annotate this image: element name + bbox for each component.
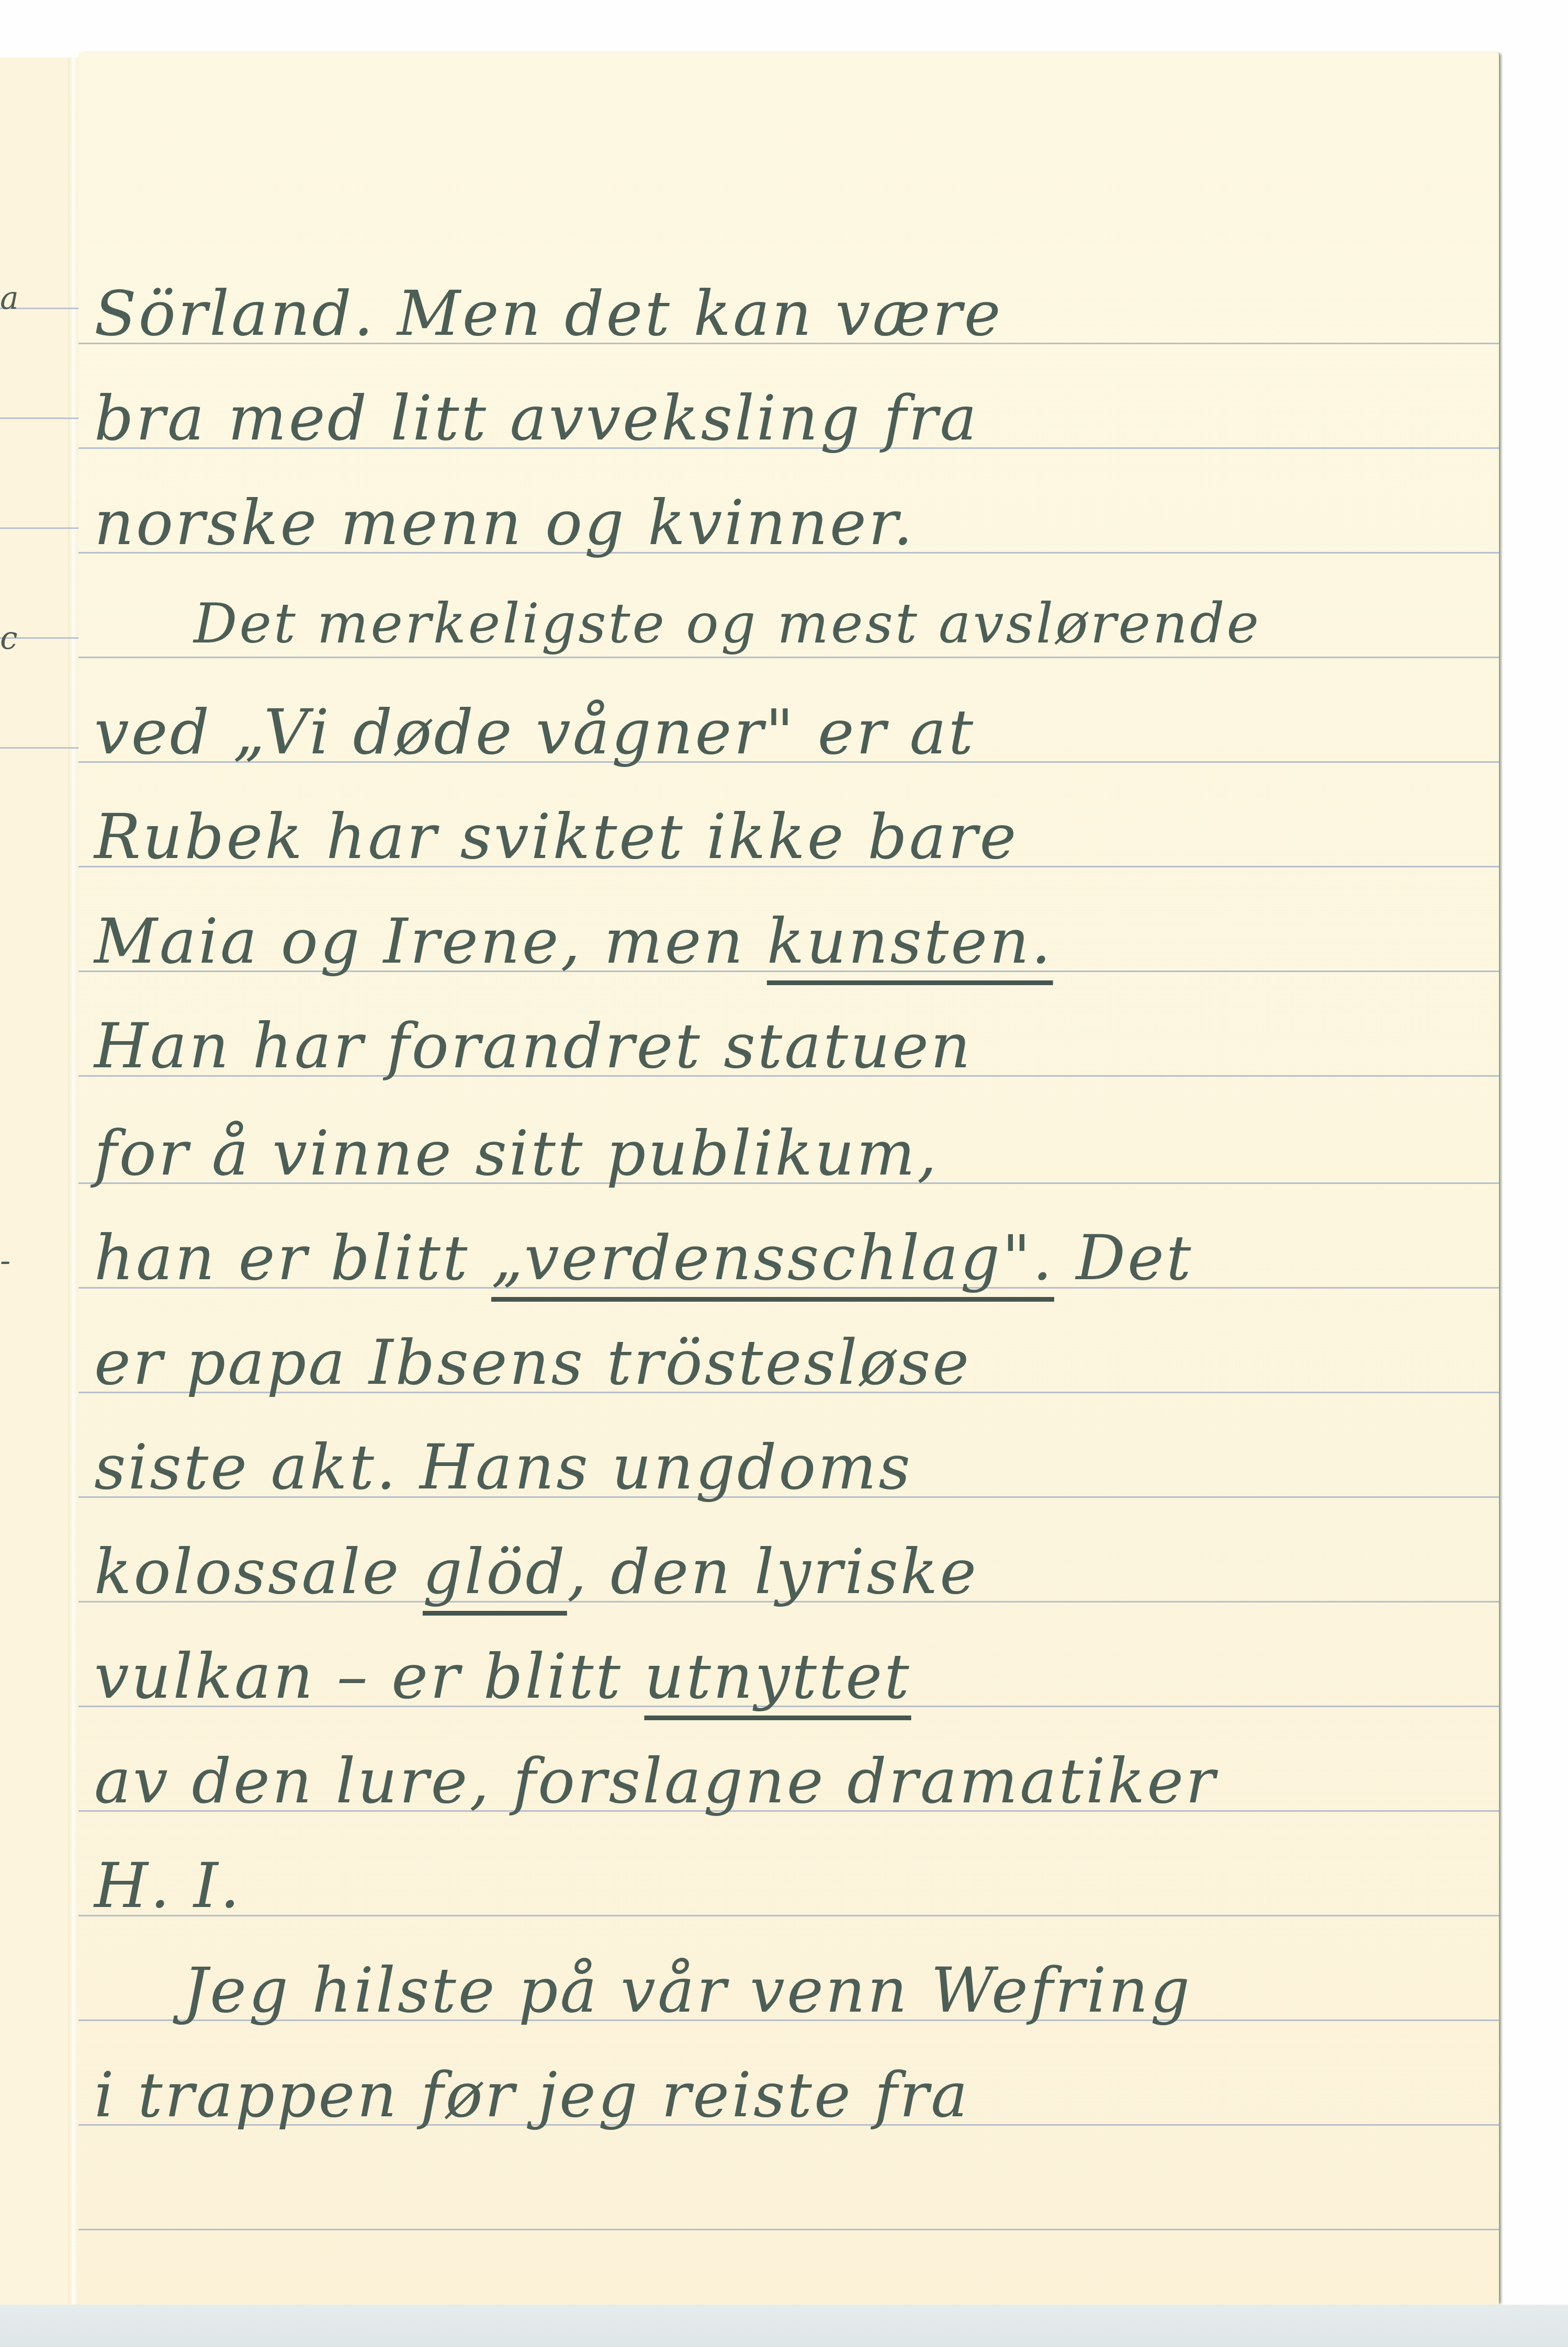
facing-page-fragment: c xyxy=(0,623,18,654)
facing-page-rule xyxy=(0,747,78,749)
facing-page-fragment: - xyxy=(0,1245,10,1277)
text-line: Sörland. Men det kan være xyxy=(94,283,1003,344)
text-line: i trappen før jeg reiste fra xyxy=(94,2064,970,2126)
ruled-line xyxy=(78,2229,1499,2230)
facing-page-fragment: a xyxy=(0,283,19,314)
text-line: ved „Vi døde vågner" er at xyxy=(94,701,975,763)
text-line: av den lure, forslagne dramatiker xyxy=(94,1750,1217,1812)
ruled-line xyxy=(78,1915,1499,1916)
text-line: kolossale glöd, den lyriske xyxy=(94,1541,978,1603)
text-line: siste akt. Hans ungdoms xyxy=(94,1436,912,1498)
text-line: er papa Ibsens tröstesløse xyxy=(94,1332,971,1393)
text-line: vulkan – er blitt utnyttet xyxy=(94,1645,911,1707)
underlined-word: „verdensschlag". xyxy=(491,1222,1054,1294)
text-line: norske menn og kvinner. xyxy=(94,492,915,554)
text-line: han er blitt „verdensschlag". Det xyxy=(94,1227,1193,1289)
text-line: Det merkeligste og mest avslørende xyxy=(194,596,1261,651)
underlined-word: glöd xyxy=(423,1536,567,1608)
underlined-word: utnyttet xyxy=(644,1640,911,1712)
underlined-word: kunsten. xyxy=(767,905,1053,977)
page-fold xyxy=(68,58,80,2307)
text-line: for å vinne sitt publikum, xyxy=(94,1122,939,1184)
facing-page-edge xyxy=(0,58,78,2307)
letter-page: Sörland. Men det kan være bra med litt a… xyxy=(78,52,1499,2305)
facing-page-rule xyxy=(0,527,78,529)
ruled-line xyxy=(78,657,1499,658)
text-line: Han har forandret statuen xyxy=(94,1015,973,1077)
facing-page-rule xyxy=(0,418,78,419)
scanner-background xyxy=(0,2305,1568,2347)
text-line: Maia og Irene, men kunsten. xyxy=(94,910,1053,972)
text-line: Rubek har sviktet ikke bare xyxy=(94,806,1018,867)
text-line: H. I. xyxy=(94,1855,242,1916)
text-line: Jeg hilste på vår venn Wefring xyxy=(183,1959,1192,2021)
text-line: bra med litt avveksling fra xyxy=(94,387,979,449)
